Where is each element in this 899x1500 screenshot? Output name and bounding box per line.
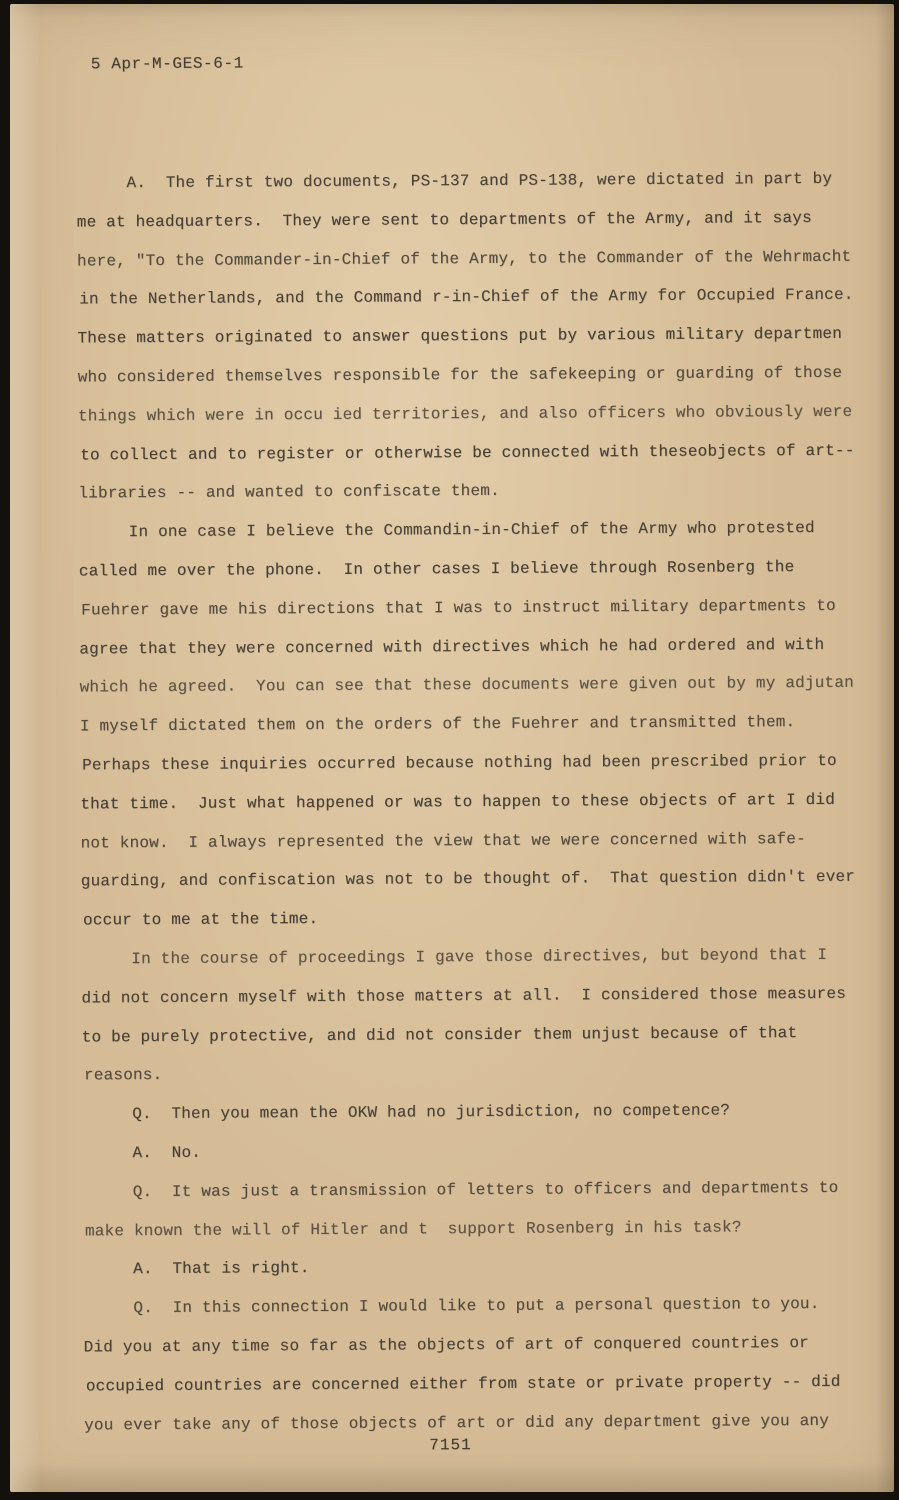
transcript-line: Q. It was just a transmission of letters… bbox=[83, 1168, 887, 1212]
transcript-line: I myself dictated them on the orders of … bbox=[80, 703, 884, 747]
transcript-line: Q. Then you mean the OKW had no jurisdic… bbox=[82, 1091, 886, 1135]
transcript-line: that time. Just what happened or was to … bbox=[80, 780, 884, 824]
transcript-line: not know. I always represented the view … bbox=[80, 819, 884, 863]
transcript-line: occur to me at the time. bbox=[83, 897, 885, 941]
transcript-body: A. The first two documents, PS-137 and P… bbox=[76, 160, 888, 1445]
transcript-line: These matters originated to answer quest… bbox=[77, 315, 881, 359]
transcript-line: things which were in occu ied territorie… bbox=[78, 392, 882, 436]
transcript-line: make known the will of Hitler and t supp… bbox=[85, 1207, 887, 1251]
transcript-line: you ever take any of those objects of ar… bbox=[84, 1401, 888, 1445]
transcript-line: who considered themselves responsible fo… bbox=[78, 354, 882, 398]
scanner-background: { "document": { "header": "5 Apr-M-GES-6… bbox=[0, 0, 899, 1500]
transcript-line: Perhaps these inquiries occurred because… bbox=[82, 741, 884, 785]
transcript-line: A. No. bbox=[82, 1129, 886, 1173]
transcript-line: reasons. bbox=[84, 1052, 886, 1096]
transcript-line: In the course of proceedings I gave thos… bbox=[81, 935, 885, 979]
transcript-line: to collect and to register or otherwise … bbox=[80, 431, 882, 475]
transcript-line: in the Netherlands, and the Command r-in… bbox=[79, 276, 881, 320]
transcript-line: which he agreed. You can see that these … bbox=[79, 664, 883, 708]
transcript-line: A. That is right. bbox=[83, 1246, 887, 1290]
transcript-line: did not concern myself with those matter… bbox=[81, 974, 885, 1018]
transcript-line: guarding, and confiscation was not to be… bbox=[81, 858, 885, 902]
transcript-line: occupied countries are concerned either … bbox=[86, 1362, 888, 1406]
transcript-line: called me over the phone. In other cases… bbox=[79, 548, 883, 592]
transcript-line: Q. In this connection I would like to pu… bbox=[83, 1285, 887, 1329]
transcript-line: A. The first two documents, PS-137 and P… bbox=[76, 160, 880, 204]
transcript-line: here, "To the Commander-in-Chief of the … bbox=[77, 237, 881, 281]
transcript-line: agree that they were concerned with dire… bbox=[79, 625, 883, 669]
transcript-line: me at headquarters. They were sent to de… bbox=[77, 198, 881, 242]
transcript-line: to be purely protective, and did not con… bbox=[82, 1013, 886, 1057]
typed-text-block: 5 Apr-M-GES-6-1 A. The first two documen… bbox=[76, 50, 889, 1457]
document-page: 5 Apr-M-GES-6-1 A. The first two documen… bbox=[10, 4, 894, 1492]
transcript-line: Fuehrer gave me his directions that I wa… bbox=[81, 586, 883, 630]
transcript-line: Did you at any time so far as the object… bbox=[84, 1323, 888, 1367]
document-reference: 5 Apr-M-GES-6-1 bbox=[91, 50, 880, 75]
transcript-line: libraries -- and wanted to confiscate th… bbox=[78, 470, 882, 514]
transcript-line: In one case I believe the Commandin-in-C… bbox=[79, 509, 883, 553]
